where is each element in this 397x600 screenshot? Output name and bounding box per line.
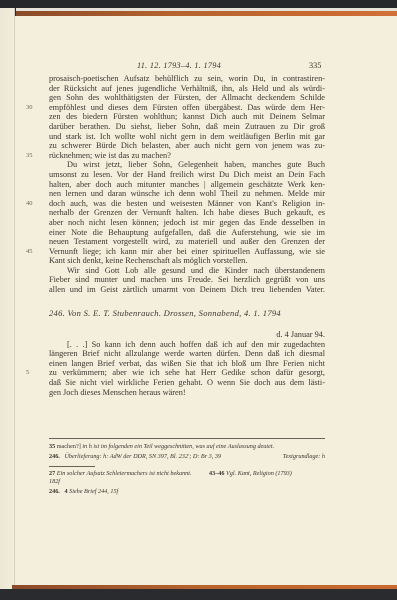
text-line: zu schwerer Bürde Dich belasten, aber au… — [49, 141, 325, 151]
text-line: 35rücknehmen; wie ist das zu machen? — [49, 151, 325, 161]
line-number: 45 — [26, 247, 40, 257]
running-head: 11. 12. 1793–4. 1. 1794 — [137, 61, 221, 70]
text-line: nerhalb der Grenzen der Vernunft halten.… — [49, 208, 325, 218]
book-page: 11. 12. 1793–4. 1. 1794 335 prosaisch-po… — [15, 16, 397, 585]
text-line: gen Sohn des wohlthätigsten der Fürsten,… — [49, 93, 325, 103]
text-line: der Rücksicht auf jenes jugendliche Verh… — [49, 84, 325, 94]
text-line: Wir sind Gott Lob alle gesund und die Ki… — [49, 266, 325, 276]
letter-245-body: prosaisch-poetischen Aufsatz behülflich … — [49, 74, 325, 295]
background-bottom — [0, 589, 397, 600]
apparatus-entry: 35 machen?] in h ist im folgenden ein Te… — [49, 442, 325, 452]
text-line: einen langen Brief verbat, das wißen Sie… — [49, 359, 325, 369]
note-continuation: 182f — [49, 478, 325, 486]
page-header: 11. 12. 1793–4. 1. 1794 335 — [15, 61, 397, 75]
page-number: 335 — [309, 61, 321, 70]
facing-page-edge — [0, 8, 15, 590]
letter-246-body: d. 4 Januar 94. [. . .] So kann ich denn… — [49, 330, 325, 397]
background-top — [0, 0, 397, 8]
apparatus-divider — [49, 438, 325, 439]
line-number: 5 — [26, 368, 40, 378]
text-line: daß Sie nicht viel wirkliche Ferien geha… — [49, 378, 325, 388]
apparatus-entry: 246. Überlieferung: h: AdW der DDR, SN 3… — [49, 452, 325, 462]
text-line: zen des biedern Fürsten wohlthun; kannst… — [49, 112, 325, 122]
text-line: gen Joch dieses Menschen heraus wären! — [49, 388, 325, 398]
text-line: allen und im Geist zärtlich umarmt von D… — [49, 285, 325, 295]
text-line: halten, aber doch auch mitunter manches … — [49, 180, 325, 190]
text-line: einer Note die Behauptung aufgefallen, d… — [49, 228, 325, 238]
line-number: 35 — [26, 151, 40, 161]
text-line: Du wirst jetzt, lieber Sohn, Gelegenheit… — [49, 160, 325, 170]
text-line: prosaisch-poetischen Aufsatz behülflich … — [49, 74, 325, 84]
text-line: umsonst zu lesen. Vor der Hand freilich … — [49, 170, 325, 180]
note-entry: 246. 4 Siehe Brief 244, 15f — [49, 488, 325, 496]
notes-divider — [49, 466, 95, 467]
note-entry: 27 Ein solcher Aufsatz Schleiermachers i… — [49, 470, 325, 478]
text-line: 40doch auch, was die besten und weiseste… — [49, 199, 325, 209]
text-line: nen lernen und daran wünsche ich denn wo… — [49, 189, 325, 199]
text-line: [. . .] So kann ich denn auch hoffen daß… — [49, 340, 325, 350]
date-line: d. 4 Januar 94. — [49, 330, 325, 340]
text-line: 45Vernunft liege; ich kann mir aber bei … — [49, 247, 325, 257]
text-line: aber noch nicht lesen können; jedoch ist… — [49, 218, 325, 228]
text-line: 30empföhlest und dieses dem Fürsten offe… — [49, 103, 325, 113]
letter-heading: 246. Von S. E. T. Stubenrauch. Drossen, … — [49, 308, 281, 318]
text-line: darüber berathen. Du siehst, lieber Sohn… — [49, 122, 325, 132]
text-line: Kant sich denkt, keine Rechenschaft als … — [49, 256, 325, 266]
text-line: längeren Brief nicht allzulange werde wa… — [49, 349, 325, 359]
line-number: 40 — [26, 199, 40, 209]
text-line: 5zu verkümmern; aber wie ich sehe hat He… — [49, 368, 325, 378]
text-line: neuen Testament vorgestellt wird, zu mat… — [49, 237, 325, 247]
text-line: und stark ist. Ich wollte wohl nicht ger… — [49, 132, 325, 142]
line-number: 30 — [26, 103, 40, 113]
critical-apparatus: 35 machen?] in h ist im folgenden ein Te… — [49, 442, 325, 462]
explanatory-notes: 27 Ein solcher Aufsatz Schleiermachers i… — [49, 470, 325, 496]
text-line: Fieber sind munter und machen uns Freude… — [49, 275, 325, 285]
